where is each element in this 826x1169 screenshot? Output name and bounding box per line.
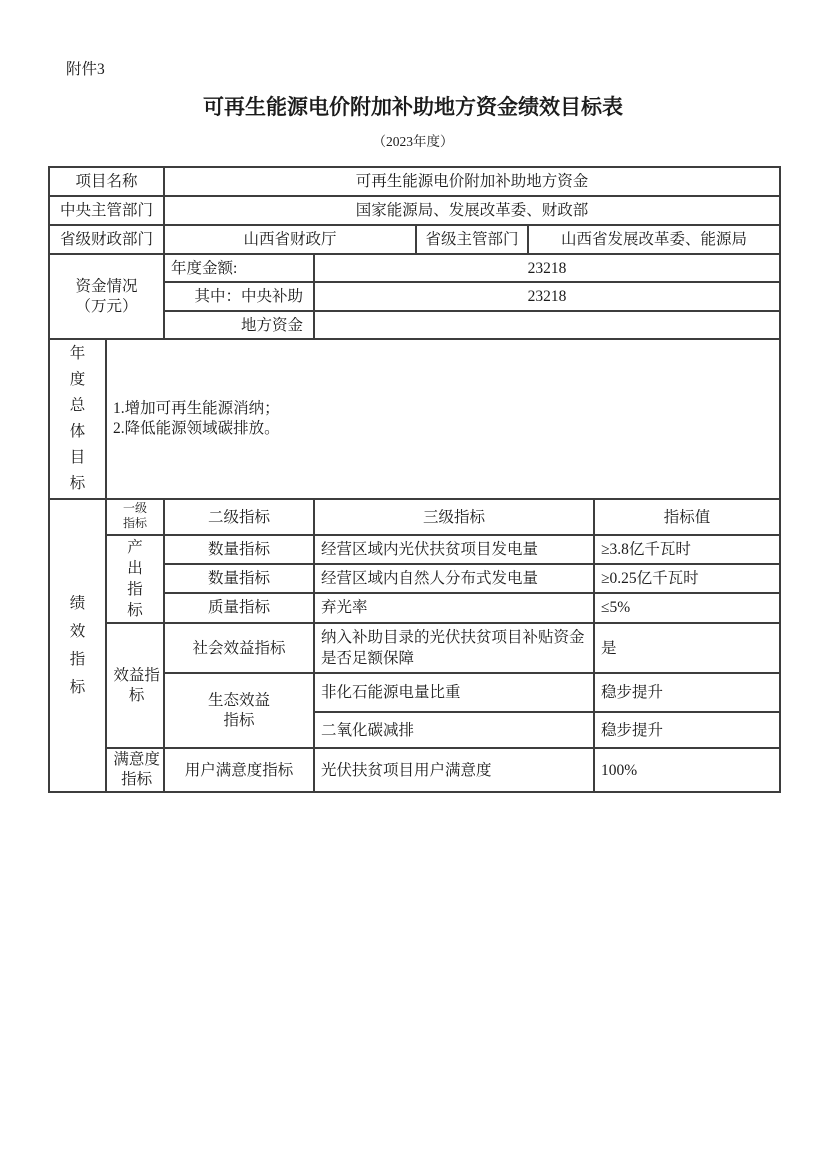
output-group-label-text: 产出指标 bbox=[125, 537, 145, 621]
document-title: 可再生能源电价附加补助地方资金绩效目标表 bbox=[0, 91, 826, 121]
output-group-label: 产出指标 bbox=[106, 535, 164, 623]
funding-annual-value: 23218 bbox=[314, 254, 780, 282]
annual-goal-section-label-text: 年度总体目标 bbox=[67, 341, 87, 497]
benefit-group-label-text: 效益指标 bbox=[111, 666, 162, 706]
funding-section-label: 资金情况（万元） bbox=[49, 254, 164, 339]
table-row: 省级财政部门 山西省财政厅 省级主管部门 山西省发展改革委、能源局 bbox=[49, 225, 780, 254]
central-dept-value: 国家能源局、发展改革委、财政部 bbox=[164, 196, 780, 225]
output-row3-value: ≤5% bbox=[594, 593, 780, 623]
benefit-social-label: 社会效益指标 bbox=[164, 623, 314, 673]
header-level1: 一级指标 bbox=[106, 499, 164, 535]
satisfaction-value: 100% bbox=[594, 748, 780, 792]
table-row: 中央主管部门 国家能源局、发展改革委、财政部 bbox=[49, 196, 780, 225]
output-row2-value: ≥0.25亿千瓦时 bbox=[594, 564, 780, 593]
funding-local-value bbox=[314, 311, 780, 339]
header-level3: 三级指标 bbox=[314, 499, 594, 535]
provincial-finance-label: 省级财政部门 bbox=[49, 225, 164, 254]
header-value: 指标值 bbox=[594, 499, 780, 535]
table-row: 绩效指标 一级指标 二级指标 三级指标 指标值 bbox=[49, 499, 780, 535]
satisfaction-level2: 用户满意度指标 bbox=[164, 748, 314, 792]
satisfaction-group-label-text: 满意度指标 bbox=[111, 750, 162, 790]
header-level1-text: 一级指标 bbox=[121, 501, 150, 531]
project-name-value: 可再生能源电价附加补助地方资金 bbox=[164, 167, 780, 196]
output-row1-level2: 数量指标 bbox=[164, 535, 314, 564]
output-row1-value: ≥3.8亿千瓦时 bbox=[594, 535, 780, 564]
provincial-admin-label: 省级主管部门 bbox=[416, 225, 528, 254]
output-row3-level2: 质量指标 bbox=[164, 593, 314, 623]
provincial-admin-value: 山西省发展改革委、能源局 bbox=[528, 225, 780, 254]
output-row3-level3: 弃光率 bbox=[314, 593, 594, 623]
funding-section-label-text: 资金情况（万元） bbox=[72, 277, 140, 317]
benefit-row1-value: 是 bbox=[594, 623, 780, 673]
project-name-label: 项目名称 bbox=[49, 167, 164, 196]
annual-goal-section-label: 年度总体目标 bbox=[49, 339, 106, 499]
provincial-finance-value: 山西省财政厅 bbox=[164, 225, 416, 254]
header-level2: 二级指标 bbox=[164, 499, 314, 535]
benefit-row1-level3: 纳入补助目录的光伏扶贫项目补贴资金是否足额保障 bbox=[314, 623, 594, 673]
output-row2-level3: 经营区域内自然人分布式发电量 bbox=[314, 564, 594, 593]
benefit-row3-value: 稳步提升 bbox=[594, 712, 780, 748]
performance-target-table: 项目名称 可再生能源电价附加补助地方资金 中央主管部门 国家能源局、发展改革委、… bbox=[48, 166, 781, 793]
central-dept-label: 中央主管部门 bbox=[49, 196, 164, 225]
document-subtitle: （2023年度） bbox=[0, 130, 826, 150]
table-row: 效益指标 社会效益指标 纳入补助目录的光伏扶贫项目补贴资金是否足额保障 是 bbox=[49, 623, 780, 673]
table-row: 产出指标 数量指标 经营区域内光伏扶贫项目发电量 ≥3.8亿千瓦时 bbox=[49, 535, 780, 564]
benefit-eco-label: 生态效益指标 bbox=[164, 673, 314, 748]
benefit-row2-level3: 非化石能源电量比重 bbox=[314, 673, 594, 712]
table-row: 年度总体目标 1.增加可再生能源消纳； 2.降低能源领域碳排放。 bbox=[49, 339, 780, 499]
attachment-label: 附件3 bbox=[66, 57, 105, 79]
output-row1-level3: 经营区域内光伏扶贫项目发电量 bbox=[314, 535, 594, 564]
satisfaction-level3: 光伏扶贫项目用户满意度 bbox=[314, 748, 594, 792]
document-page: 附件3 可再生能源电价附加补助地方资金绩效目标表 （2023年度） 项目名称 可… bbox=[0, 0, 826, 1169]
benefit-group-label: 效益指标 bbox=[106, 623, 164, 748]
funding-central-value: 23218 bbox=[314, 282, 780, 311]
table-row: 满意度指标 用户满意度指标 光伏扶贫项目用户满意度 100% bbox=[49, 748, 780, 792]
satisfaction-group-label: 满意度指标 bbox=[106, 748, 164, 792]
funding-annual-label: 年度金额: bbox=[164, 254, 314, 282]
benefit-row2-value: 稳步提升 bbox=[594, 673, 780, 712]
output-row2-level2: 数量指标 bbox=[164, 564, 314, 593]
performance-section-label: 绩效指标 bbox=[49, 499, 106, 792]
funding-local-label: 地方资金 bbox=[164, 311, 314, 339]
table-row: 项目名称 可再生能源电价附加补助地方资金 bbox=[49, 167, 780, 196]
funding-central-label: 其中：中央补助 bbox=[164, 282, 314, 311]
benefit-row3-level3: 二氧化碳减排 bbox=[314, 712, 594, 748]
table-row: 资金情况（万元） 年度金额: 23218 bbox=[49, 254, 780, 282]
performance-section-label-text: 绩效指标 bbox=[67, 590, 87, 702]
annual-goal-content: 1.增加可再生能源消纳； 2.降低能源领域碳排放。 bbox=[106, 339, 780, 499]
benefit-eco-label-text: 生态效益指标 bbox=[205, 691, 273, 731]
